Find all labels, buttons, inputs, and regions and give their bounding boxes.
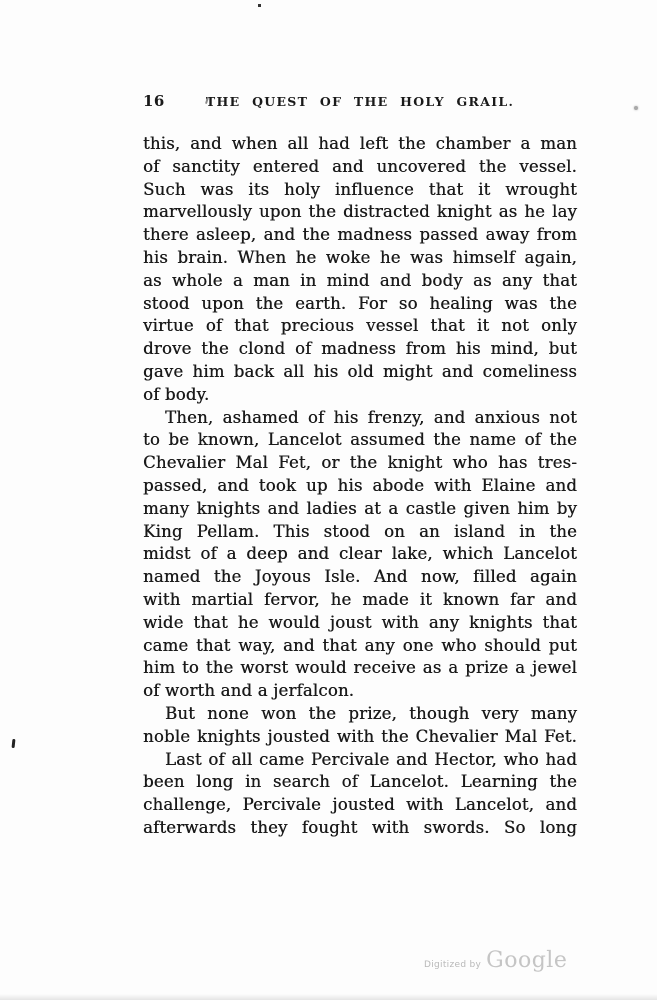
text-line: passed, and took up his abode with Elain… [143,475,577,498]
text-line: many knights and ladies at a castle give… [143,498,577,521]
text-line: gave him back all his old might and come… [143,361,577,384]
scanned-book-page: 16 THE QUEST OF THE HOLY GRAIL. this, an… [0,0,657,1000]
paragraph: But none won the prize, though very many… [143,703,577,749]
text-line: there asleep, and the madness passed awa… [143,224,577,247]
text-line: wide that he would joust with any knight… [143,612,577,635]
text-line: with martial fervor, he made it known fa… [143,589,577,612]
scan-speck [258,4,261,7]
digitized-by-watermark: Digitized by Google [424,948,567,973]
text-line: Last of all came Percivale and Hector, w… [143,749,577,772]
text-line: been long in search of Lancelot. Learnin… [143,771,577,794]
text-line: afterwards they fought with swords. So l… [143,817,577,840]
text-line: Then, ashamed of his frenzy, and anxious… [143,407,577,430]
text-line: of worth and a jerfalcon. [143,680,577,703]
page-header: 16 THE QUEST OF THE HOLY GRAIL. [143,92,577,112]
page-edge-shadow [0,994,657,1000]
text-line: Chevalier Mal Fet, or the knight who has… [143,452,577,475]
text-line: King Pellam. This stood on an island in … [143,521,577,544]
text-line: this, and when all had left the chamber … [143,133,577,156]
text-line: as whole a man in mind and body as any t… [143,270,577,293]
paragraph: Last of all came Percivale and Hector, w… [143,749,577,840]
paragraph: Then, ashamed of his frenzy, and anxious… [143,407,577,703]
text-line: him to the worst would receive as a priz… [143,657,577,680]
text-line: virtue of that precious vessel that it n… [143,315,577,338]
text-line: his brain. When he woke he was himself a… [143,247,577,270]
text-line: But none won the prize, though very many [143,703,577,726]
text-line: to be known, Lancelot assumed the name o… [143,429,577,452]
text-line: Such was its holy influence that it wrou… [143,179,577,202]
text-line: named the Joyous Isle. And now, filled a… [143,566,577,589]
watermark-prefix: Digitized by [424,960,481,970]
scan-speck [634,106,638,110]
text-line: noble knights jousted with the Chevalier… [143,726,577,749]
text-line: of sanctity entered and uncovered the ve… [143,156,577,179]
text-block: this, and when all had left the chamber … [143,133,577,840]
text-line: stood upon the earth. For so healing was… [143,293,577,316]
text-line: of body. [143,384,577,407]
text-line: marvellously upon the distracted knight … [143,201,577,224]
scan-speck [12,739,16,748]
paragraph: this, and when all had left the chamber … [143,133,577,407]
text-line: came that way, and that any one who shou… [143,635,577,658]
text-line: drove the clond of madness from his mind… [143,338,577,361]
text-line: midst of a deep and clear lake, which La… [143,543,577,566]
google-logo: Google [486,948,567,973]
text-line: challenge, Percivale jousted with Lancel… [143,794,577,817]
